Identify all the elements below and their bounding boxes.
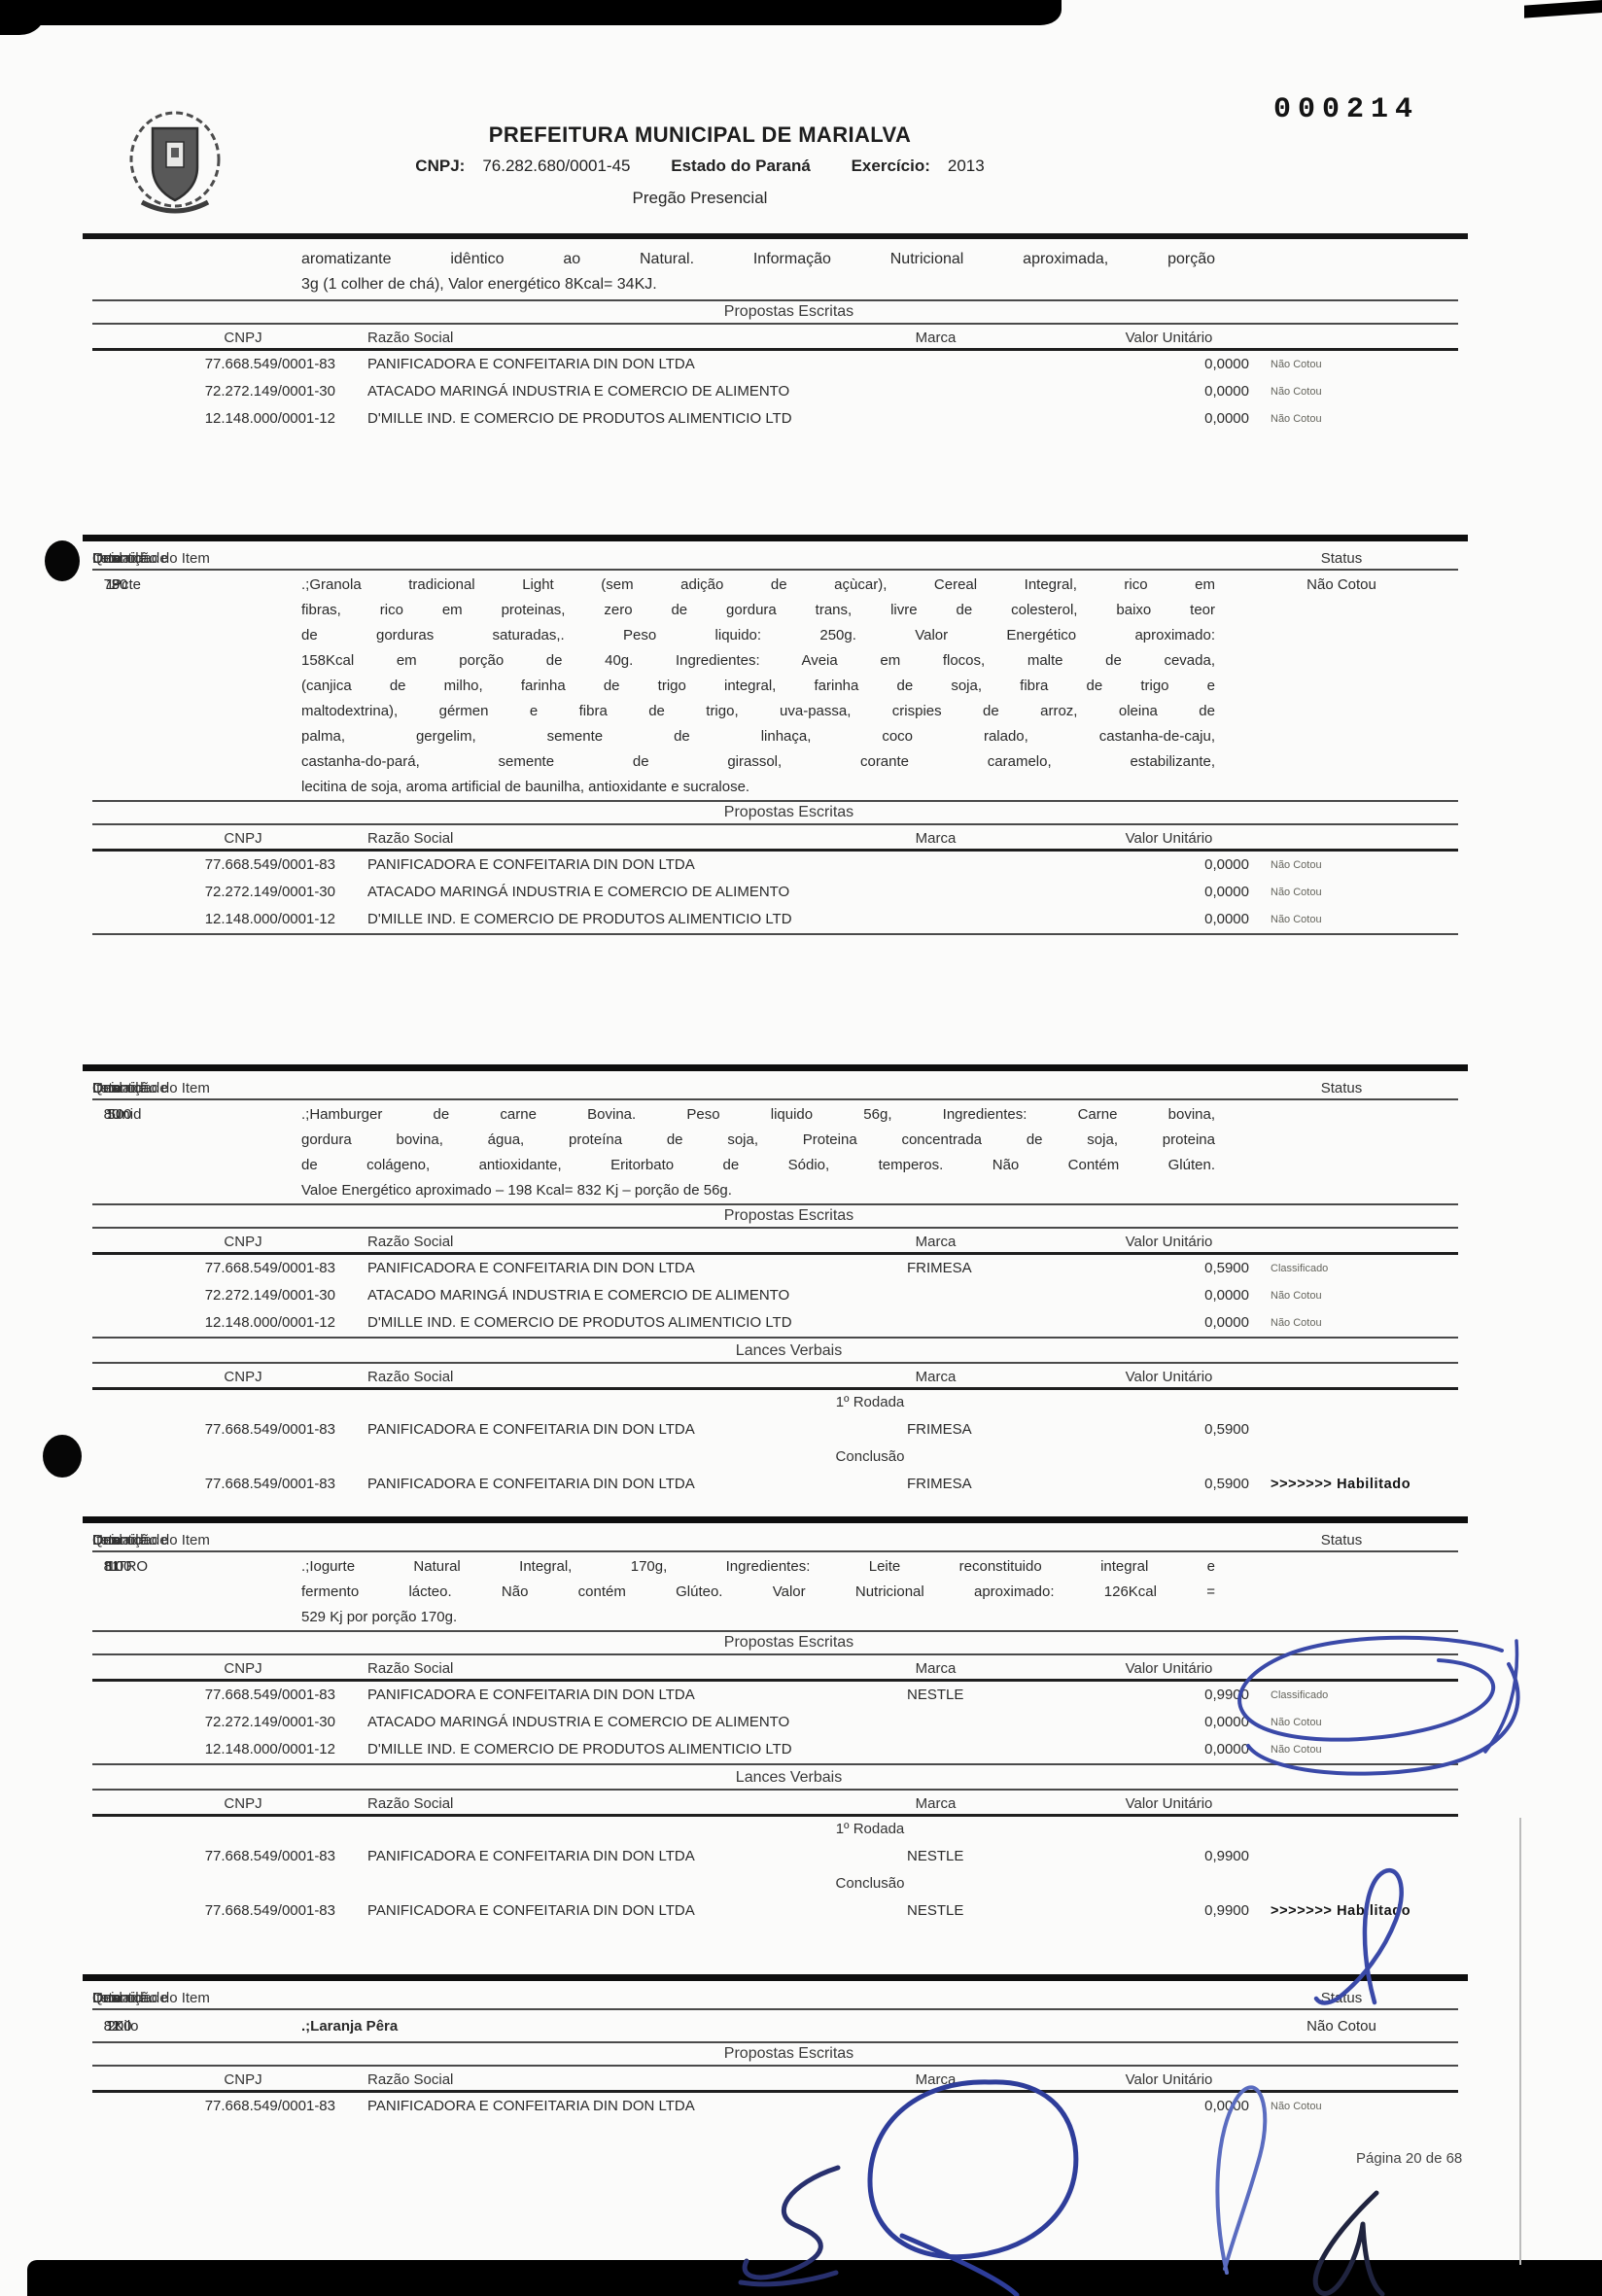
header-identification-line: CNPJ:76.282.680/0001-45 Estado do Paraná… bbox=[316, 157, 1084, 176]
unit-price: 0,0000 bbox=[1084, 1309, 1249, 1337]
company-name: PANIFICADORA E CONFEITARIA DIN DON LTDA bbox=[367, 1415, 695, 1444]
col-desc: Descrição do Item bbox=[92, 1990, 210, 2006]
conclusion-label-text: Conclusão bbox=[676, 1871, 1064, 1896]
cnpj-value: 77.668.549/0001-83 bbox=[146, 1842, 335, 1871]
proposal-row: 77.668.549/0001-83 PANIFICADORA E CONFEI… bbox=[92, 351, 1458, 378]
cnpj-value: 77.668.549/0001-83 bbox=[146, 1896, 335, 1926]
rule bbox=[92, 1550, 1458, 1552]
conclusion-label: Conclusão bbox=[92, 1871, 1458, 1896]
company-name: PANIFICADORA E CONFEITARIA DIN DON LTDA bbox=[367, 1842, 695, 1871]
col-marca: Marca bbox=[870, 830, 1001, 847]
status-note: Não Cotou bbox=[1271, 378, 1543, 405]
proposal-row: 77.668.549/0001-83 PANIFICADORA E CONFEI… bbox=[92, 1682, 1458, 1709]
proposal-row: 77.668.549/0001-83 PANIFICADORA E CONFEI… bbox=[92, 1255, 1458, 1282]
company-name: D'MILLE IND. E COMERCIO DE PRODUTOS ALIM… bbox=[367, 1309, 792, 1337]
unit-price: 0,0000 bbox=[1084, 906, 1249, 933]
item-row: 1 81 100 LITRO .;Iogurte Natural Integra… bbox=[92, 1554, 1458, 1630]
col-razao: Razão Social bbox=[367, 1795, 453, 1812]
proposals-title: Propostas Escritas bbox=[92, 1632, 1458, 1653]
rule bbox=[83, 535, 1468, 541]
cnpj-value: 72.272.149/0001-30 bbox=[146, 1282, 335, 1309]
unit-price: 0,9900 bbox=[1084, 1842, 1249, 1871]
rule bbox=[92, 1098, 1458, 1100]
unit-price: 0,0000 bbox=[1084, 1282, 1249, 1309]
col-valor: Valor Unitário bbox=[1103, 2071, 1235, 2088]
col-razao: Razão Social bbox=[367, 1369, 453, 1385]
cnpj-value: 77.668.549/0001-83 bbox=[146, 2093, 335, 2120]
hole-punch-bottom bbox=[43, 1435, 82, 1478]
company-name: PANIFICADORA E CONFEITARIA DIN DON LTDA bbox=[367, 1682, 695, 1709]
section-previous-item-continuation: aromatizante idêntico ao Natural. Inform… bbox=[92, 233, 1458, 433]
round-label-text: 1º Rodada bbox=[676, 1390, 1064, 1415]
proposal-row: 12.148.000/0001-12 D'MILLE IND. E COMERC… bbox=[92, 1736, 1458, 1763]
status-note: Não Cotou bbox=[1271, 1736, 1543, 1763]
company-name: ATACADO MARINGÁ INDUSTRIA E COMERCIO DE … bbox=[367, 1282, 789, 1309]
col-desc: Descrição do Item bbox=[92, 1532, 210, 1548]
exercise-label: Exercício: bbox=[852, 157, 930, 175]
cnpj-value: 77.668.549/0001-83 bbox=[146, 1682, 335, 1709]
description-line: Valoe Energético aproximado – 198 Kcal= … bbox=[301, 1178, 1215, 1203]
col-razao: Razão Social bbox=[367, 830, 453, 847]
item-table-header: Lote Item Quantidade Unidade Descrição d… bbox=[92, 1075, 1458, 1098]
document-header: PREFEITURA MUNICIPAL DE MARIALVA CNPJ:76… bbox=[316, 122, 1084, 208]
scan-bottom-black-bar bbox=[27, 2260, 1602, 2296]
document-type: Pregão Presencial bbox=[316, 189, 1084, 208]
status-note: Não Cotou bbox=[1271, 2093, 1543, 2120]
proposals-header: CNPJ Razão Social Marca Valor Unitário bbox=[92, 1655, 1458, 1679]
round-label: 1º Rodada bbox=[92, 1390, 1458, 1415]
verbal-bids-header: CNPJ Razão Social Marca Valor Unitário bbox=[92, 1791, 1458, 1814]
col-status: Status bbox=[1288, 1080, 1395, 1096]
scan-top-left-black-corner bbox=[0, 0, 45, 35]
description-line: gordura bovina, água, proteína de soja, … bbox=[301, 1128, 1215, 1153]
item-description: .;Granola tradicional Light (sem adição … bbox=[301, 573, 1215, 800]
rule bbox=[92, 2008, 1458, 2010]
col-status: Status bbox=[1288, 550, 1395, 567]
brand-value: FRIMESA bbox=[907, 1470, 972, 1499]
cnpj-value: 77.668.549/0001-83 bbox=[146, 1255, 335, 1282]
conclusion-label: Conclusão bbox=[92, 1444, 1458, 1470]
proposals-title: Propostas Escritas bbox=[92, 2043, 1458, 2065]
company-name: PANIFICADORA E CONFEITARIA DIN DON LTDA bbox=[367, 2093, 695, 2120]
unit-price: 0,0000 bbox=[1084, 2093, 1249, 2120]
rule bbox=[92, 1337, 1458, 1339]
proposals-title: Propostas Escritas bbox=[92, 301, 1458, 323]
cnpj-value: 12.148.000/0001-12 bbox=[146, 1309, 335, 1337]
proposal-row: 12.148.000/0001-12 D'MILLE IND. E COMERC… bbox=[92, 906, 1458, 933]
verbal-bid-row: 77.668.549/0001-83 PANIFICADORA E CONFEI… bbox=[92, 1842, 1458, 1871]
col-marca: Marca bbox=[870, 1234, 1001, 1250]
col-valor: Valor Unitário bbox=[1103, 1234, 1235, 1250]
description-line: .;Iogurte Natural Integral, 170g, Ingred… bbox=[301, 1554, 1215, 1580]
proposal-row: 72.272.149/0001-30 ATACADO MARINGÁ INDUS… bbox=[92, 1282, 1458, 1309]
exercise-value: 2013 bbox=[948, 157, 985, 175]
unit-value: LITRO bbox=[92, 1554, 160, 1580]
item-status: Não Cotou bbox=[1288, 573, 1395, 598]
rule bbox=[92, 569, 1458, 571]
proposals-header: CNPJ Razão Social Marca Valor Unitário bbox=[92, 1229, 1458, 1252]
rule bbox=[83, 1064, 1468, 1071]
company-name: PANIFICADORA E CONFEITARIA DIN DON LTDA bbox=[367, 351, 695, 378]
scanned-document-page: { "scan": { "stamp": "000214", "page": "… bbox=[0, 0, 1602, 2296]
item-description: .;Iogurte Natural Integral, 170g, Ingred… bbox=[301, 1554, 1215, 1630]
company-name: PANIFICADORA E CONFEITARIA DIN DON LTDA bbox=[367, 1255, 695, 1282]
col-razao: Razão Social bbox=[367, 1234, 453, 1250]
unit-price: 0,9900 bbox=[1084, 1896, 1249, 1926]
item-description: .;Hamburger de carne Bovina. Peso liquid… bbox=[301, 1102, 1215, 1203]
unit-price: 0,5900 bbox=[1084, 1255, 1249, 1282]
company-name: D'MILLE IND. E COMERCIO DE PRODUTOS ALIM… bbox=[367, 405, 792, 433]
verbal-bids-title: Lances Verbais bbox=[92, 1340, 1458, 1362]
document-stamp-number: 000214 bbox=[1273, 93, 1419, 126]
brand-value: NESTLE bbox=[907, 1896, 963, 1926]
company-name: ATACADO MARINGÁ INDUSTRIA E COMERCIO DE … bbox=[367, 879, 789, 906]
cnpj-value: 72.272.149/0001-30 bbox=[146, 1709, 335, 1736]
rule bbox=[83, 1516, 1468, 1523]
unit-value: Unid bbox=[92, 1102, 160, 1128]
page-edge-shadow bbox=[1519, 1818, 1521, 2265]
status-note: Classificado bbox=[1271, 1682, 1543, 1709]
description-line: de gorduras saturadas,. Peso liquido: 25… bbox=[301, 623, 1215, 648]
unit-price: 0,9900 bbox=[1084, 1682, 1249, 1709]
description-line: fibras, rico em proteinas, zero de gordu… bbox=[301, 598, 1215, 623]
item-description: .;Laranja Pêra bbox=[301, 2012, 1215, 2041]
unit-value: Kilo bbox=[92, 2012, 160, 2041]
col-razao: Razão Social bbox=[367, 330, 453, 346]
status-note: Não Cotou bbox=[1271, 1709, 1543, 1736]
col-marca: Marca bbox=[870, 1660, 1001, 1677]
cnpj-value: 72.272.149/0001-30 bbox=[146, 378, 335, 405]
cnpj-value: 77.668.549/0001-83 bbox=[146, 1415, 335, 1444]
status-note: Não Cotou bbox=[1271, 906, 1543, 933]
state-label: Estado do Paraná bbox=[671, 157, 811, 175]
round-label: 1º Rodada bbox=[92, 1817, 1458, 1842]
unit-value: Pcte bbox=[92, 573, 160, 598]
proposal-row: 72.272.149/0001-30 ATACADO MARINGÁ INDUS… bbox=[92, 879, 1458, 906]
col-cnpj: CNPJ bbox=[151, 2071, 335, 2088]
brand-value: NESTLE bbox=[907, 1682, 963, 1709]
verbal-bid-row: 77.668.549/0001-83 PANIFICADORA E CONFEI… bbox=[92, 1896, 1458, 1926]
col-marca: Marca bbox=[870, 330, 1001, 346]
proposals-title: Propostas Escritas bbox=[92, 1205, 1458, 1227]
col-cnpj: CNPJ bbox=[151, 1234, 335, 1250]
status-note: Não Cotou bbox=[1271, 852, 1543, 879]
proposal-row: 12.148.000/0001-12 D'MILLE IND. E COMERC… bbox=[92, 1309, 1458, 1337]
unit-price: 0,0000 bbox=[1084, 1709, 1249, 1736]
description-line: castanha-do-pará, semente de girassol, c… bbox=[301, 749, 1215, 775]
proposal-row: 72.272.149/0001-30 ATACADO MARINGÁ INDUS… bbox=[92, 378, 1458, 405]
verbal-bids-header: CNPJ Razão Social Marca Valor Unitário bbox=[92, 1364, 1458, 1387]
proposal-row: 77.668.549/0001-83 PANIFICADORA E CONFEI… bbox=[92, 2093, 1458, 2120]
description-line: fermento lácteo. Não contém Glúteo. Valo… bbox=[301, 1580, 1215, 1605]
company-name: ATACADO MARINGÁ INDUSTRIA E COMERCIO DE … bbox=[367, 1709, 789, 1736]
col-razao: Razão Social bbox=[367, 1660, 453, 1677]
proposals-title: Propostas Escritas bbox=[92, 802, 1458, 823]
unit-price: 0,0000 bbox=[1084, 1736, 1249, 1763]
cnpj-value: 76.282.680/0001-45 bbox=[482, 157, 630, 175]
col-cnpj: CNPJ bbox=[151, 830, 335, 847]
page-indicator: Página 20 de 68 bbox=[1356, 2150, 1462, 2167]
cnpj-value: 77.668.549/0001-83 bbox=[146, 852, 335, 879]
item-status: Não Cotou bbox=[1288, 2012, 1395, 2041]
section-item-80-hamburger: Lote Item Quantidade Unidade Descrição d… bbox=[92, 1064, 1458, 1499]
brand-value: NESTLE bbox=[907, 1842, 963, 1871]
item-table-header: Lote Item Quantidade Unidade Descrição d… bbox=[92, 1985, 1458, 2008]
col-cnpj: CNPJ bbox=[151, 1795, 335, 1812]
col-cnpj: CNPJ bbox=[151, 330, 335, 346]
unit-price: 0,0000 bbox=[1084, 879, 1249, 906]
col-marca: Marca bbox=[870, 2071, 1001, 2088]
company-name: PANIFICADORA E CONFEITARIA DIN DON LTDA bbox=[367, 1470, 695, 1499]
col-valor: Valor Unitário bbox=[1103, 330, 1235, 346]
status-note: Não Cotou bbox=[1271, 1309, 1543, 1337]
company-name: D'MILLE IND. E COMERCIO DE PRODUTOS ALIM… bbox=[367, 1736, 792, 1763]
proposal-row: 77.668.549/0001-83 PANIFICADORA E CONFEI… bbox=[92, 852, 1458, 879]
col-desc: Descrição do Item bbox=[92, 550, 210, 567]
rule bbox=[83, 1974, 1468, 1981]
col-marca: Marca bbox=[870, 1795, 1001, 1812]
col-valor: Valor Unitário bbox=[1103, 830, 1235, 847]
brand-value: FRIMESA bbox=[907, 1255, 972, 1282]
habilitado-badge: >>>>>>> Habilitado bbox=[1271, 1470, 1543, 1499]
unit-price: 0,0000 bbox=[1084, 351, 1249, 378]
scan-top-right-black-mark bbox=[1524, 0, 1602, 18]
col-status: Status bbox=[1288, 1990, 1395, 2006]
description-line: lecitina de soja, aroma artificial de ba… bbox=[301, 775, 1215, 800]
item-table-header: Lote Item Quantidade Unidade Descrição d… bbox=[92, 545, 1458, 569]
status-note: Classificado bbox=[1271, 1255, 1543, 1282]
item-description-continuation: aromatizante idêntico ao Natural. Inform… bbox=[301, 247, 1215, 297]
unit-price: 0,0000 bbox=[1084, 852, 1249, 879]
rule bbox=[83, 233, 1468, 239]
verbal-bid-row: 77.668.549/0001-83 PANIFICADORA E CONFEI… bbox=[92, 1470, 1458, 1499]
scan-top-black-bar bbox=[0, 0, 1062, 25]
cnpj-value: 77.668.549/0001-83 bbox=[146, 351, 335, 378]
cnpj-value: 12.148.000/0001-12 bbox=[146, 1736, 335, 1763]
description-line: de colágeno, antioxidante, Eritorbato de… bbox=[301, 1153, 1215, 1178]
col-valor: Valor Unitário bbox=[1103, 1369, 1235, 1385]
verbal-bids-title: Lances Verbais bbox=[92, 1767, 1458, 1789]
col-status: Status bbox=[1288, 1532, 1395, 1548]
proposal-row: 12.148.000/0001-12 D'MILLE IND. E COMERC… bbox=[92, 405, 1458, 433]
rule bbox=[92, 933, 1458, 935]
description-line: aromatizante idêntico ao Natural. Inform… bbox=[301, 247, 1215, 272]
company-name: PANIFICADORA E CONFEITARIA DIN DON LTDA bbox=[367, 852, 695, 879]
proposals-header: CNPJ Razão Social Marca Valor Unitário bbox=[92, 2067, 1458, 2090]
description-line: 158Kcal em porção de 40g. Ingredientes: … bbox=[301, 648, 1215, 674]
cnpj-value: 72.272.149/0001-30 bbox=[146, 879, 335, 906]
status-note: Não Cotou bbox=[1271, 405, 1543, 433]
hole-punch-top bbox=[45, 540, 80, 581]
verbal-bid-row: 77.668.549/0001-83 PANIFICADORA E CONFEI… bbox=[92, 1415, 1458, 1444]
unit-price: 0,5900 bbox=[1084, 1415, 1249, 1444]
description-line: .;Granola tradicional Light (sem adição … bbox=[301, 573, 1215, 598]
section-item-79-granola: Lote Item Quantidade Unidade Descrição d… bbox=[92, 535, 1458, 935]
habilitado-badge: >>>>>>> Habilitado bbox=[1271, 1896, 1543, 1926]
col-marca: Marca bbox=[870, 1369, 1001, 1385]
status-note: Não Cotou bbox=[1271, 351, 1543, 378]
brand-value: FRIMESA bbox=[907, 1415, 972, 1444]
page-title: PREFEITURA MUNICIPAL DE MARIALVA bbox=[316, 122, 1084, 148]
col-valor: Valor Unitário bbox=[1103, 1795, 1235, 1812]
description-line: .;Hamburger de carne Bovina. Peso liquid… bbox=[301, 1102, 1215, 1128]
rule bbox=[92, 1763, 1458, 1765]
status-note: Não Cotou bbox=[1271, 879, 1543, 906]
municipal-coat-of-arms-icon bbox=[124, 109, 226, 223]
col-cnpj: CNPJ bbox=[151, 1369, 335, 1385]
status-note: Não Cotou bbox=[1271, 1282, 1543, 1309]
description-line: (canjica de milho, farinha de trigo inte… bbox=[301, 674, 1215, 699]
cnpj-label: CNPJ: bbox=[415, 157, 465, 175]
cnpj-value: 12.148.000/0001-12 bbox=[146, 405, 335, 433]
description-line: palma, gergelim, semente de linhaça, coc… bbox=[301, 724, 1215, 749]
cnpj-value: 12.148.000/0001-12 bbox=[146, 906, 335, 933]
proposals-header: CNPJ Razão Social Marca Valor Unitário bbox=[92, 325, 1458, 348]
description-line: 3g (1 colher de chá), Valor energético 8… bbox=[301, 272, 1215, 297]
conclusion-label-text: Conclusão bbox=[676, 1444, 1064, 1470]
section-item-82-laranja: Lote Item Quantidade Unidade Descrição d… bbox=[92, 1974, 1458, 2120]
unit-price: 0,0000 bbox=[1084, 378, 1249, 405]
proposals-header: CNPJ Razão Social Marca Valor Unitário bbox=[92, 825, 1458, 849]
item-row: 1 80 500 Unid .;Hamburger de carne Bovin… bbox=[92, 1102, 1458, 1203]
cnpj-value: 77.668.549/0001-83 bbox=[146, 1470, 335, 1499]
description-line: 529 Kj por porção 170g. bbox=[301, 1605, 1215, 1630]
section-item-81-iogurte: Lote Item Quantidade Unidade Descrição d… bbox=[92, 1516, 1458, 1926]
col-valor: Valor Unitário bbox=[1103, 1660, 1235, 1677]
company-name: D'MILLE IND. E COMERCIO DE PRODUTOS ALIM… bbox=[367, 906, 792, 933]
company-name: ATACADO MARINGÁ INDUSTRIA E COMERCIO DE … bbox=[367, 378, 789, 405]
item-table-header: Lote Item Quantidade Unidade Descrição d… bbox=[92, 1527, 1458, 1550]
item-row: 1 82 200 Kilo .;Laranja Pêra Não Cotou bbox=[92, 2012, 1458, 2041]
company-name: PANIFICADORA E CONFEITARIA DIN DON LTDA bbox=[367, 1896, 695, 1926]
col-razao: Razão Social bbox=[367, 2071, 453, 2088]
col-cnpj: CNPJ bbox=[151, 1660, 335, 1677]
item-row: 1 79 30 Pcte .;Granola tradicional Light… bbox=[92, 573, 1458, 800]
description-line: maltodextrina), gérmen e fibra de trigo,… bbox=[301, 699, 1215, 724]
col-desc: Descrição do Item bbox=[92, 1080, 210, 1096]
unit-price: 0,5900 bbox=[1084, 1470, 1249, 1499]
proposal-row: 72.272.149/0001-30 ATACADO MARINGÁ INDUS… bbox=[92, 1709, 1458, 1736]
round-label-text: 1º Rodada bbox=[676, 1817, 1064, 1842]
unit-price: 0,0000 bbox=[1084, 405, 1249, 433]
